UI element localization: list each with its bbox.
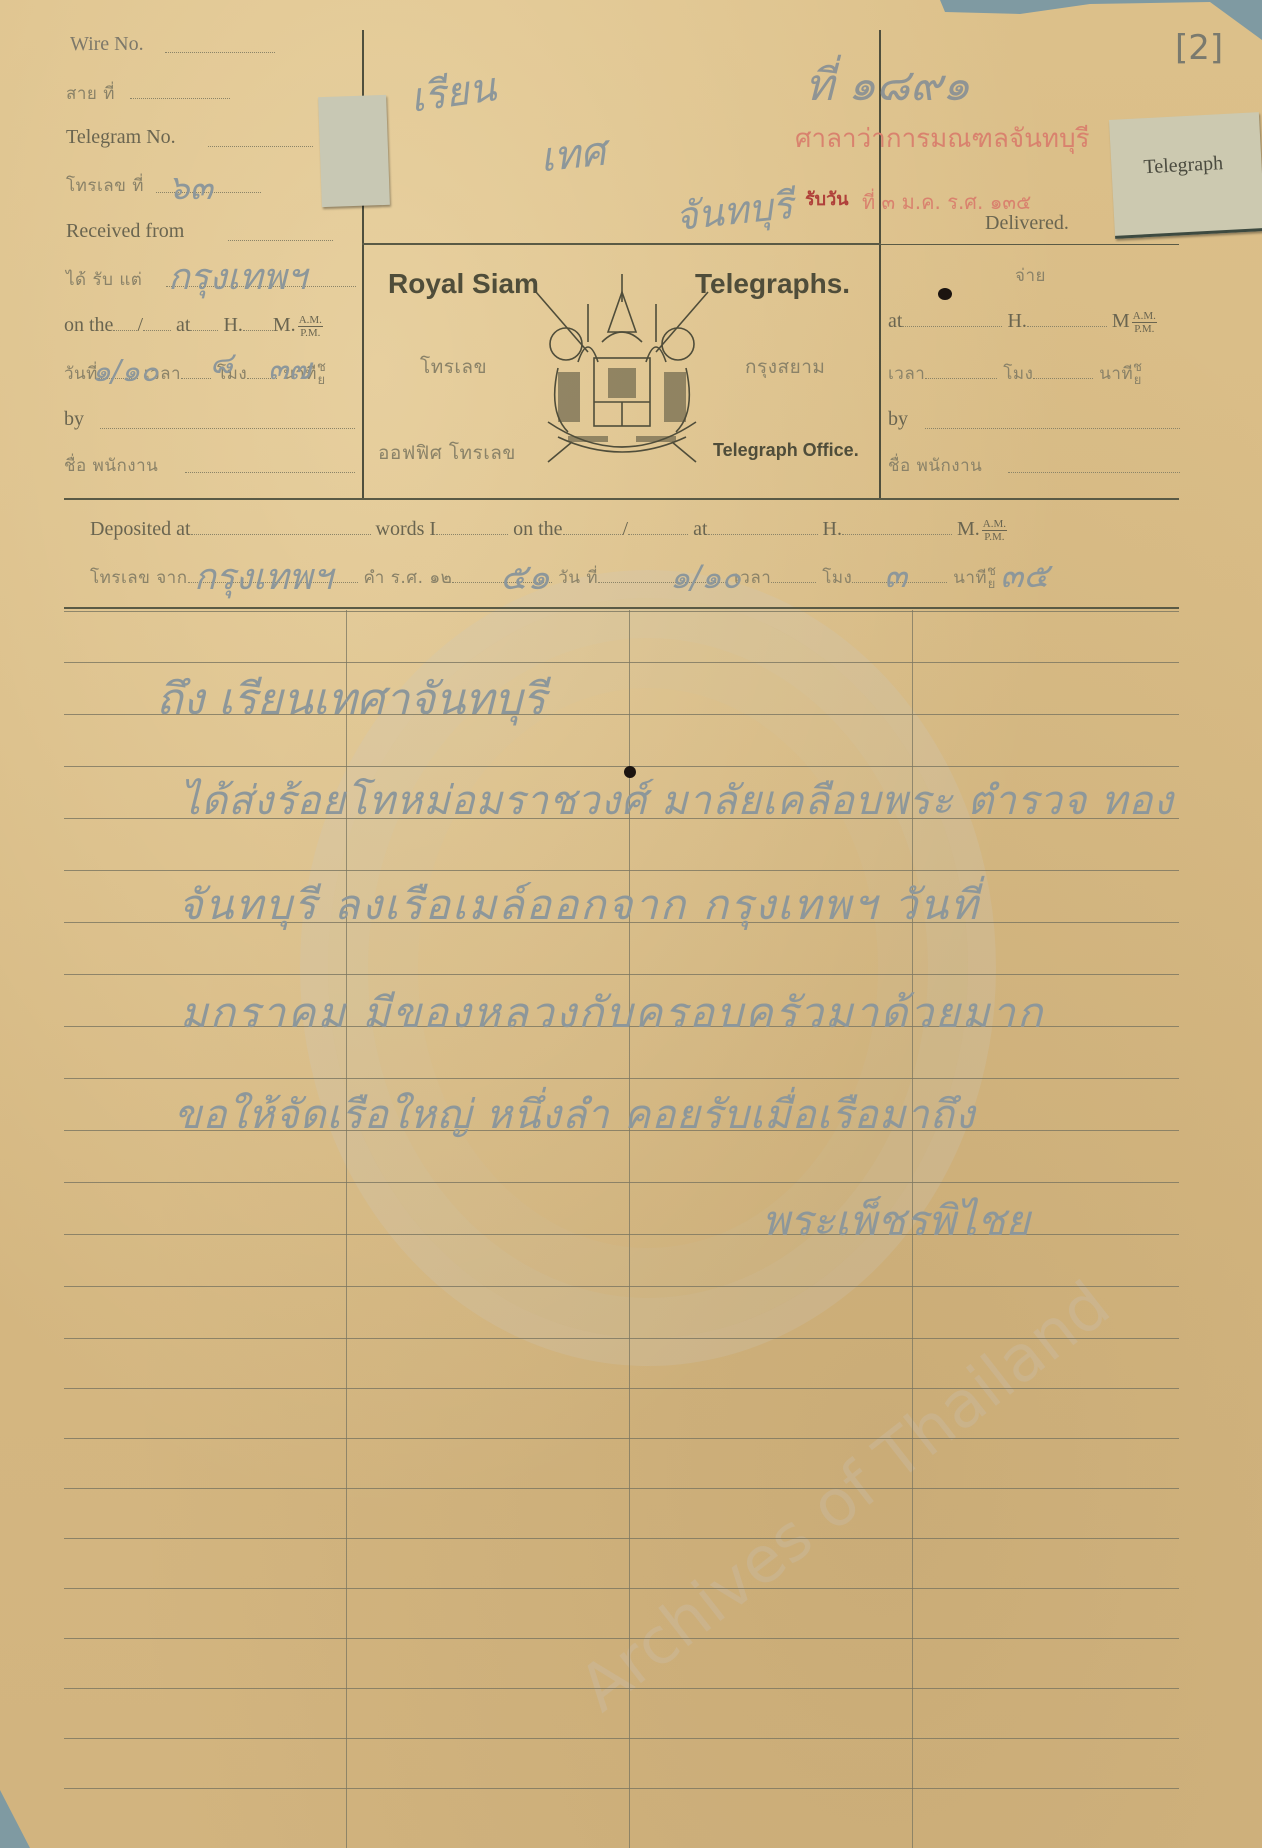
received-stamp-label: รับวัน [805, 184, 849, 213]
ampm-thai-bottom: ย [987, 578, 996, 591]
ampm-thai-bottom: ย [317, 374, 326, 387]
delivered-time-thai-row: เวลา โมง นาทีชย [888, 360, 1142, 387]
thai-telegraph-label: โทรเลข [420, 352, 487, 382]
m-label: M. [273, 314, 296, 336]
delivered-staff-field[interactable] [1008, 472, 1180, 473]
message-line-5: ขอให้จัดเรือใหญ่ หนึ่งลำ คอยรับเมื่อเรือ… [174, 1082, 975, 1146]
royal-coat-of-arms-icon [528, 272, 716, 472]
pm-label: P.M. [982, 531, 1007, 543]
at-label: at [693, 518, 707, 540]
received-stamp-office: ศาลาว่าการมณฑลจันทบุรี [795, 118, 1090, 159]
telegram-no-label: Telegram No. [66, 126, 176, 149]
note-line-2: เทศ [537, 119, 609, 189]
wire-no-thai-label: สาย ที่ [66, 80, 115, 107]
signature: พระเพ็ชรพิไชย [762, 1188, 1030, 1254]
deposited-date-handwritten: ๑/๑๐ [670, 552, 741, 603]
at-label: at [176, 314, 190, 336]
grid-row [64, 1638, 1179, 1639]
delivered-thai-label: จ่าย [1015, 262, 1046, 289]
title-telegraphs: Telegraphs. [695, 268, 850, 300]
hour-thai-label: โมง [822, 568, 852, 588]
at-label: at [888, 310, 902, 332]
delivered-rule [879, 244, 1179, 245]
grid-row [64, 1078, 1179, 1079]
grid-row [64, 974, 1179, 975]
wire-no-field[interactable] [165, 52, 275, 53]
hour-thai-label: โมง [1003, 364, 1033, 384]
deposited-bottom-rule [64, 607, 1179, 609]
grid-row [64, 870, 1179, 871]
message-line-4: มกราคม มีของหลวงกับครอบครัวมาด้วยมาก [180, 980, 1044, 1046]
header-bottom-rule [64, 498, 1179, 500]
telegraph-label-tag: Telegraph [1109, 112, 1262, 239]
h-label: H. [223, 314, 242, 336]
grid-row [64, 662, 1179, 663]
grid-row [64, 1438, 1179, 1439]
on-the-label: on the [64, 314, 113, 336]
message-line-3: จันทบุรี ลงเรือเมล์ออกจาก กรุงเทพฯ วันที… [178, 872, 980, 938]
grid-row [64, 1788, 1179, 1789]
am-label: A.M. [298, 314, 323, 327]
received-minute-handwritten: ๓๗ [268, 346, 311, 393]
received-by-label: by [64, 408, 84, 431]
received-on-the-row: on the/ at H.M.A.M.P.M. [64, 314, 323, 339]
ampm-thai-bottom: ย [1133, 374, 1142, 387]
received-date-handwritten: ๑/๑๐ [92, 348, 159, 395]
received-hour-handwritten: ๘ [210, 340, 233, 387]
grid-row [64, 1588, 1179, 1589]
received-by-field[interactable] [100, 428, 355, 429]
note-line-3: จันทบุรี [672, 174, 796, 247]
received-from-handwritten: กรุงเทพฯ [168, 248, 307, 305]
pm-label: P.M. [298, 327, 323, 339]
deposited-from-handwritten: กรุงเทพฯ [194, 548, 333, 605]
deposited-row: Deposited at words I on the/ at H. M.A.M… [90, 518, 1007, 543]
telegram-no-field[interactable] [208, 146, 313, 147]
received-from-label: Received from [66, 220, 184, 243]
telegram-no-thai-label: โทรเลข ที่ [66, 172, 144, 199]
header-box-top [362, 243, 881, 245]
deposited-bottom-rule-2 [64, 611, 1179, 612]
thai-siam-label: กรุงสยาม [745, 352, 825, 382]
h-label: H. [1007, 310, 1026, 332]
telegram-no-handwritten: ๖๓ [168, 160, 213, 214]
title-royal-siam: Royal Siam [388, 268, 539, 300]
delivered-staff-thai-label: ชื่อ พนักงาน [888, 452, 982, 479]
grid-row [64, 766, 1179, 767]
words-thai-label: คำ ร.ศ. ๑๒ [363, 568, 452, 588]
slash: / [137, 314, 143, 336]
message-line-1: ถึง เรียนเทศาจันทบุรี [156, 664, 546, 734]
thai-office-label: ออฟฟิศ โทรเลข [378, 438, 516, 468]
grid-row [64, 1286, 1179, 1287]
time-thai-label: เวลา [888, 364, 925, 384]
received-staff-thai-label: ชื่อ พนักงาน [64, 452, 158, 479]
from-thai-label: โทรเลข จาก [90, 568, 188, 588]
delivered-by-label: by [888, 408, 908, 431]
m-label: M [1112, 310, 1130, 332]
grid-row [64, 1388, 1179, 1389]
note-line-1: เรียน [406, 54, 500, 129]
grid-row [64, 1338, 1179, 1339]
message-line-2: ได้ส่งร้อยโทหม่อมราชวงศ์ มาลัยเคลือบพระ … [180, 768, 1174, 832]
pinned-paper-tag [318, 95, 390, 207]
grid-row [64, 1182, 1179, 1183]
deposited-hour-handwritten: ๓ [884, 548, 907, 602]
date-thai-label: วัน ที่ [558, 568, 598, 588]
am-label: A.M. [1132, 310, 1157, 323]
minute-thai-label: นาที [1099, 364, 1133, 384]
words-label: words [376, 518, 425, 540]
registration-number: ที่ ๑๘๙๑ [805, 50, 970, 120]
delivered-time-row: at H. MA.M.P.M. [888, 310, 1157, 335]
delivered-label: Delivered. [985, 212, 1069, 235]
received-from-field[interactable] [228, 240, 333, 241]
deposited-words-handwritten: ๕๑ [500, 548, 550, 605]
delivered-by-field[interactable] [925, 428, 1180, 429]
received-staff-field[interactable] [185, 472, 355, 473]
grid-row [64, 1738, 1179, 1739]
wire-no-label: Wire No. [70, 33, 144, 56]
h-label: H. [823, 518, 842, 540]
slash: / [623, 518, 629, 540]
archive-page-number: [2] [1175, 28, 1223, 68]
on-the-label: on the [513, 518, 562, 540]
am-label: A.M. [982, 518, 1007, 531]
telegraph-office-label: Telegraph Office. [713, 440, 859, 461]
grid-row [64, 1488, 1179, 1489]
wire-no-thai-field[interactable] [130, 98, 230, 99]
m-label: M. [957, 518, 980, 540]
deposited-at-label: Deposited at [90, 518, 191, 540]
pm-label: P.M. [1132, 323, 1157, 335]
words-mark: I [429, 518, 436, 540]
ink-spot [624, 766, 636, 778]
minute-thai-label: นาที [953, 568, 987, 588]
ink-blot [938, 288, 952, 300]
telegraph-tag-text: Telegraph [1143, 152, 1224, 179]
grid-row [64, 1688, 1179, 1689]
grid-row [64, 1538, 1179, 1539]
deposited-minute-handwritten: ๓๕ [1000, 548, 1049, 602]
received-from-thai-label: ได้ รับ แต่ [66, 266, 142, 293]
